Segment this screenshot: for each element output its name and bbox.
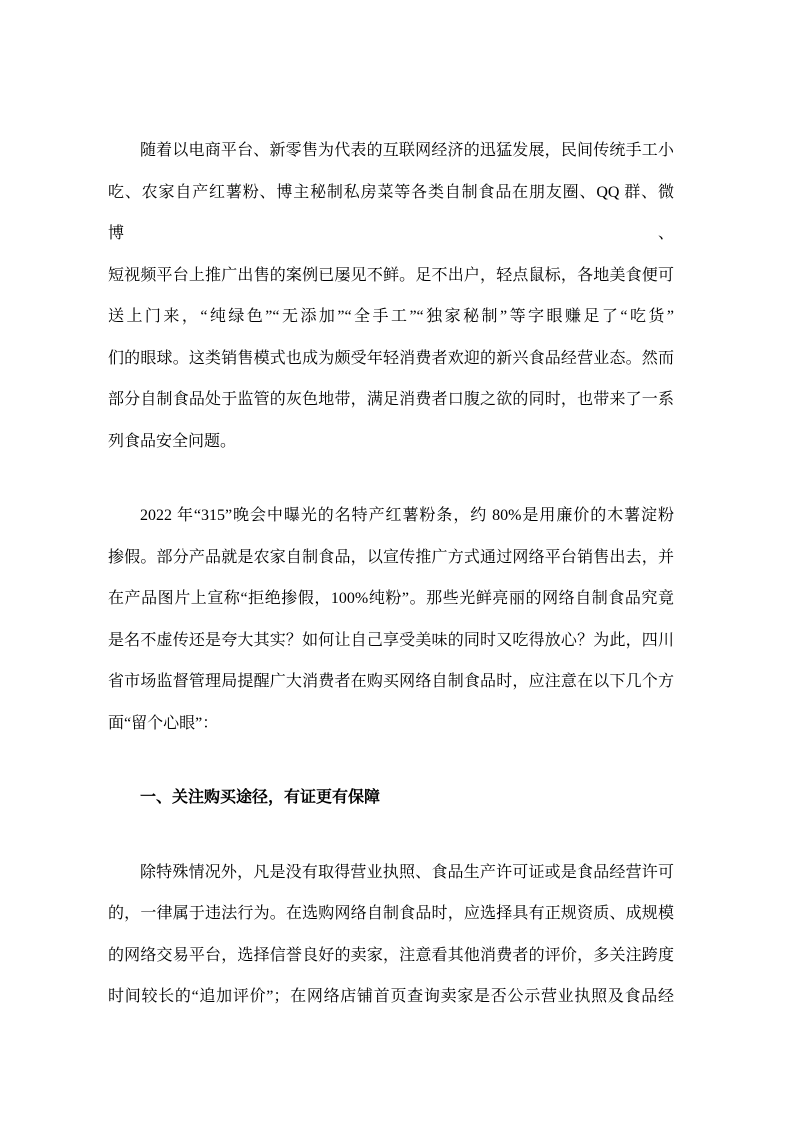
paragraph: 除特殊情况外，凡是没有取得营业执照、食品生产许可证或是食品经营许可的，一律属于违…: [108, 852, 674, 1018]
text-line: 短视频平台上推广出售的案例已屡见不鲜。足不出户，轻点鼠标，各地美食便可: [108, 255, 674, 297]
text-line: 时间较长的“追加评价”；在网络店铺首页查询卖家是否公示营业执照及食品经: [108, 976, 674, 1018]
text-line: 随着以电商平台、新零售为代表的互联网经济的迅猛发展，民间传统手工小: [108, 130, 674, 172]
paragraph: 2022 年“315”晚会中曝光的名特产红薯粉条，约 80%是用廉价的木薯淀粉掺…: [108, 495, 674, 744]
text-line: 部分自制食品处于监管的灰色地带，满足消费者口腹之欲的同时，也带来了一系: [108, 379, 674, 421]
text-line: 的网络交易平台，选择信誉良好的卖家，注意看其他消费者的评价，多关注跨度: [108, 935, 674, 977]
text-line: 掺假。部分产品就是农家自制食品，以宣传推广方式通过网络平台销售出去，并: [108, 537, 674, 579]
heading-text-line: 一、关注购买途径，有证更有保障: [108, 777, 674, 819]
section-heading: 一、关注购买途径，有证更有保障: [108, 777, 674, 819]
text-line: 们的眼球。这类销售模式也成为颇受年轻消费者欢迎的新兴食品经营业态。然而: [108, 338, 674, 380]
text-line: 列食品安全问题。: [108, 421, 674, 463]
text-line: 是名不虚传还是夸大其实？如何让自己享受美味的同时又吃得放心？为此，四川: [108, 620, 674, 662]
document-page: 随着以电商平台、新零售为代表的互联网经济的迅猛发展，民间传统手工小吃、农家自产红…: [0, 0, 793, 1122]
text-line: 吃、农家自产红薯粉、博主秘制私房菜等各类自制食品在朋友圈、QQ 群、微博、: [108, 172, 674, 255]
text-line: 面“留个心眼”：: [108, 703, 674, 745]
text-line: 除特殊情况外，凡是没有取得营业执照、食品生产许可证或是食品经营许可: [108, 852, 674, 894]
paragraph: 随着以电商平台、新零售为代表的互联网经济的迅猛发展，民间传统手工小吃、农家自产红…: [108, 130, 674, 462]
text-line: 2022 年“315”晚会中曝光的名特产红薯粉条，约 80%是用廉价的木薯淀粉: [108, 495, 674, 537]
text-line: 在产品图片上宣称“拒绝掺假，100%纯粉”。那些光鲜亮丽的网络自制食品究竟: [108, 578, 674, 620]
document-content: 随着以电商平台、新零售为代表的互联网经济的迅猛发展，民间传统手工小吃、农家自产红…: [108, 130, 674, 1051]
text-line: 送上门来，“纯绿色”“无添加”“全手工”“独家秘制”等字眼赚足了“吃货”: [108, 296, 674, 338]
text-line: 省市场监督管理局提醒广大消费者在购买网络自制食品时，应注意在以下几个方: [108, 661, 674, 703]
text-line: 的，一律属于违法行为。在选购网络自制食品时，应选择具有正规资质、成规模: [108, 893, 674, 935]
